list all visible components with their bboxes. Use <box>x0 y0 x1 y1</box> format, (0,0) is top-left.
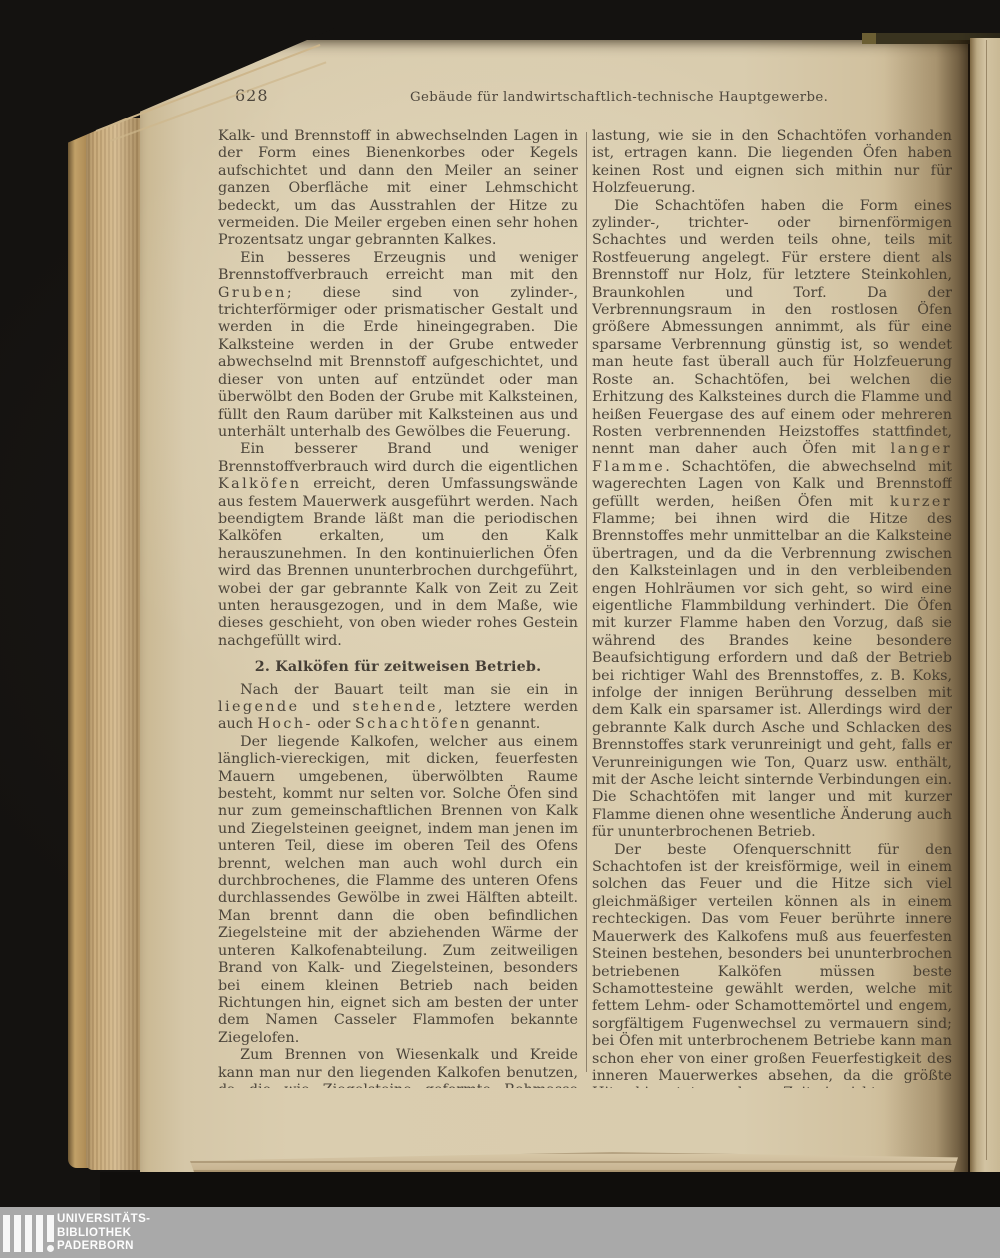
book-cover-edge <box>68 126 88 1168</box>
paragraph: Ein besserer Brand und weniger Brennstof… <box>218 441 578 650</box>
paragraph: Ein besseres Erzeugnis und weniger Brenn… <box>218 250 578 441</box>
paragraph: Zum Brennen von Wiesenkalk und Kreide ka… <box>218 1047 578 1088</box>
page-stack-edge <box>86 118 144 1170</box>
logo-bar <box>14 1215 21 1252</box>
paragraph: Der beste Ofenquerschnitt für den Schach… <box>592 842 952 1088</box>
logo-bar <box>25 1215 32 1252</box>
library-logo-icon <box>3 1215 54 1252</box>
column-right: lastung, wie sie in den Schachtöfen vorh… <box>592 128 952 1088</box>
library-footer-bar: UNIVERSITÄTS- BIBLIOTHEK PADERBORN <box>0 1207 1000 1258</box>
book-page: 628 Gebäude für landwirtschaftlich-techn… <box>140 40 968 1172</box>
logo-exclamation-icon <box>47 1215 54 1252</box>
column-left: Kalk- und Brennstoff in abwechselnden La… <box>218 128 578 1088</box>
facing-page-sliver <box>970 38 1000 1172</box>
column-divider <box>586 132 587 1072</box>
library-name-line: PADERBORN <box>57 1240 150 1254</box>
library-name: UNIVERSITÄTS- BIBLIOTHEK PADERBORN <box>57 1213 150 1254</box>
logo-bar <box>3 1215 10 1252</box>
paragraph: lastung, wie sie in den Schachtöfen vorh… <box>592 128 952 198</box>
library-name-line: BIBLIOTHEK <box>57 1227 150 1241</box>
running-title: Gebäude für landwirtschaftlich-technisch… <box>410 90 770 105</box>
library-name-line: UNIVERSITÄTS- <box>57 1213 150 1227</box>
scan-viewport: 628 Gebäude für landwirtschaftlich-techn… <box>0 0 1000 1258</box>
section-heading: 2. Kalköfen für zeitweisen Betrieb. <box>218 659 578 676</box>
paragraph: Der liegende Kalkofen, welcher aus einem… <box>218 734 578 1047</box>
paragraph: Die Schachtöfen haben die Form eines zyl… <box>592 198 952 842</box>
book-bottom-shadow <box>100 1172 1000 1207</box>
paragraph: Nach der Bauart teilt man sie ein in lie… <box>218 682 578 734</box>
facing-page-crease <box>986 40 987 1160</box>
paragraph: Kalk- und Brennstoff in abwechselnden La… <box>218 128 578 250</box>
logo-bar <box>36 1215 43 1252</box>
